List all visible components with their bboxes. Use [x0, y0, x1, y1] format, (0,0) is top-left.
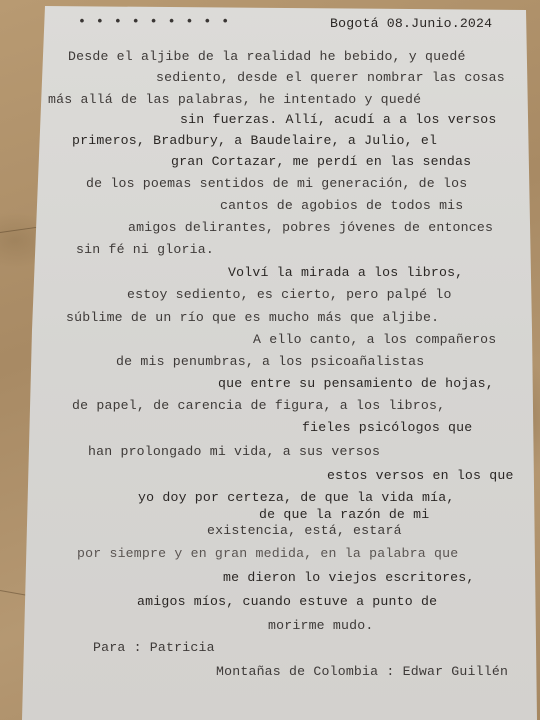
- poem-line: por siempre y en gran medida, en la pala…: [77, 546, 458, 562]
- signature: Montañas de Colombia : Edwar Guillén: [216, 664, 508, 680]
- poem-line: súblime de un río que es mucho más que a…: [66, 310, 439, 326]
- background-crack: [0, 226, 40, 233]
- poem-line: estos versos en los que: [327, 468, 514, 484]
- poem-line: Volví la mirada a los libros,: [228, 265, 463, 281]
- poem-line: me dieron lo viejos escritores,: [223, 570, 475, 586]
- header-dots: •••••••••: [78, 14, 239, 30]
- poem-line: gran Cortazar, me perdí en las sendas: [171, 154, 471, 170]
- poem-line: A ello canto, a los compañeros: [253, 332, 496, 348]
- poem-line: existencia, está, estará: [207, 523, 402, 539]
- poem-line: de papel, de carencia de figura, a los l…: [72, 398, 445, 414]
- poem-line: morirme mudo.: [268, 618, 373, 634]
- poem-line: de mis penumbras, a los psicoañalistas: [116, 354, 424, 370]
- poem-line: yo doy por certeza, de que la vida mía,: [138, 490, 454, 506]
- poem-line: de que la razón de mi: [259, 507, 429, 523]
- poem-line: amigos míos, cuando estuve a punto de: [137, 594, 437, 610]
- poem-line: cantos de agobios de todos mis: [220, 198, 463, 214]
- poem-line: que entre su pensamiento de hojas,: [218, 376, 494, 392]
- poem-line: Desde el aljibe de la realidad he bebido…: [68, 49, 466, 65]
- poem-line: sin fuerzas. Allí, acudí a a los versos: [180, 112, 496, 128]
- poem-line: estoy sediento, es cierto, pero palpé lo: [127, 287, 452, 303]
- poem-line: primeros, Bradbury, a Baudelaire, a Juli…: [72, 133, 437, 149]
- poem-line: sin fé ni gloria.: [76, 242, 214, 258]
- background-crack: [0, 590, 30, 596]
- poem-line: amigos delirantes, pobres jóvenes de ent…: [128, 220, 493, 236]
- typewritten-page: ••••••••• Bogotá 08.Junio.2024 Desde el …: [0, 0, 540, 720]
- poem-line: de los poemas sentidos de mi generación,…: [86, 176, 467, 192]
- poem-line: fieles psicólogos que: [302, 420, 472, 436]
- dedication: Para : Patricia: [93, 640, 215, 656]
- poem-line: sediento, desde el querer nombrar las co…: [156, 70, 505, 86]
- place-date: Bogotá 08.Junio.2024: [330, 16, 492, 32]
- poem-line: más allá de las palabras, he intentado y…: [48, 92, 421, 108]
- poem-line: han prolongado mi vida, a sus versos: [88, 444, 380, 460]
